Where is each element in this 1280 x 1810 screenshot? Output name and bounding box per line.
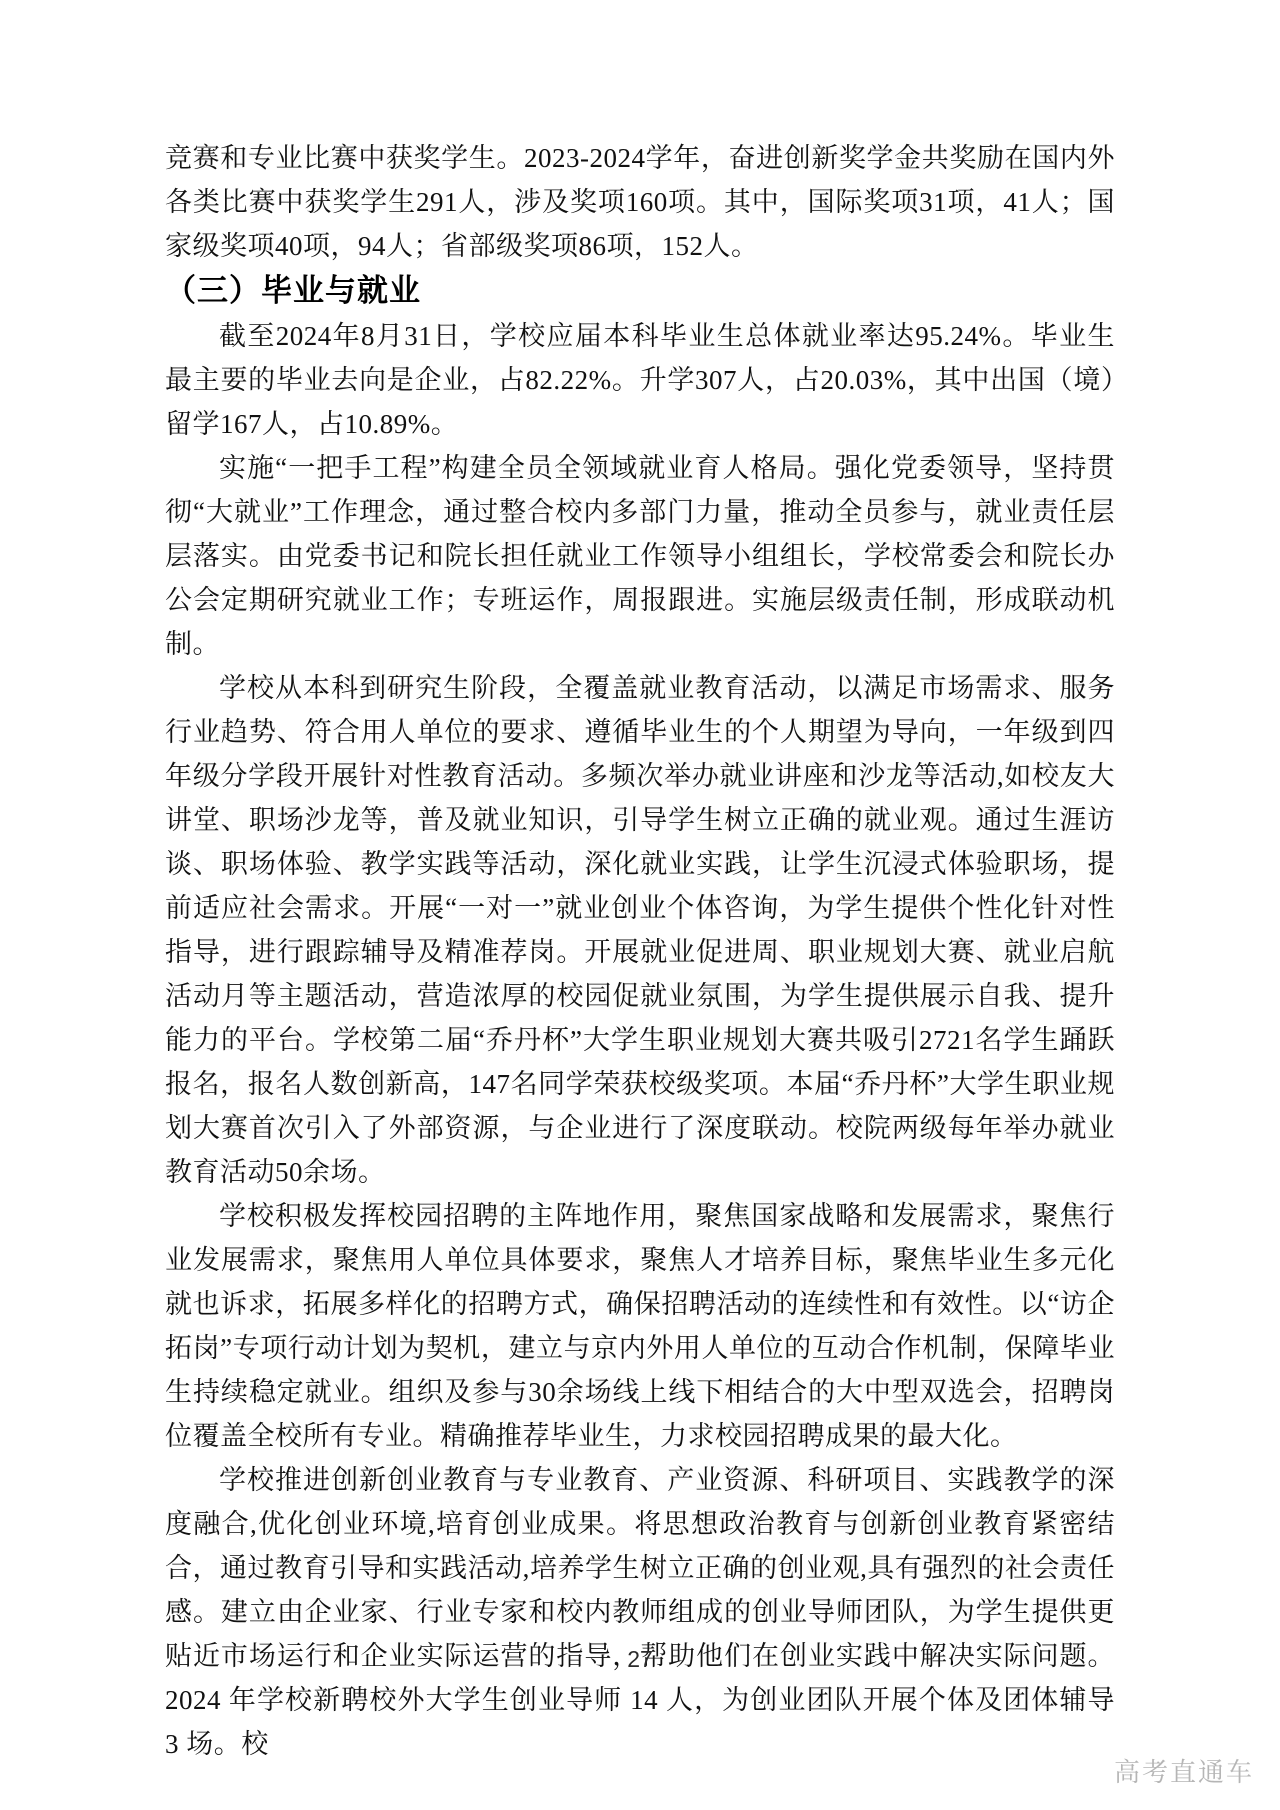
body-paragraph-innovation-entrepreneurship: 学校推进创新创业教育与专业教育、产业资源、科研项目、实践教学的深度融合,优化创业…	[165, 1458, 1115, 1766]
watermark-gaokao-zhitongche: 高考直通车	[1114, 1752, 1254, 1789]
page-content: 竞赛和专业比赛中获奖学生。2023-2024学年，奋进创新奖学金共奖励在国内外各…	[165, 136, 1115, 1766]
document-page: 竞赛和专业比赛中获奖学生。2023-2024学年，奋进创新奖学金共奖励在国内外各…	[0, 0, 1280, 1810]
body-paragraph-employment-rate: 截至2024年8月31日，学校应届本科毕业生总体就业率达95.24%。毕业生最主…	[165, 314, 1115, 446]
body-paragraph-leadership-mechanism: 实施“一把手工程”构建全员全领域就业育人格局。强化党委领导，坚持贯彻“大就业”工…	[165, 446, 1115, 666]
page-number: 27	[0, 1646, 1280, 1673]
intro-paragraph: 竞赛和专业比赛中获奖学生。2023-2024学年，奋进创新奖学金共奖励在国内外各…	[165, 136, 1115, 268]
body-paragraph-campus-recruitment: 学校积极发挥校园招聘的主阵地作用，聚焦国家战略和发展需求，聚焦行业发展需求，聚焦…	[165, 1194, 1115, 1458]
body-paragraph-employment-education: 学校从本科到研究生阶段，全覆盖就业教育活动，以满足市场需求、服务行业趋势、符合用…	[165, 666, 1115, 1194]
section-heading-graduation-employment: （三）毕业与就业	[165, 268, 1115, 314]
